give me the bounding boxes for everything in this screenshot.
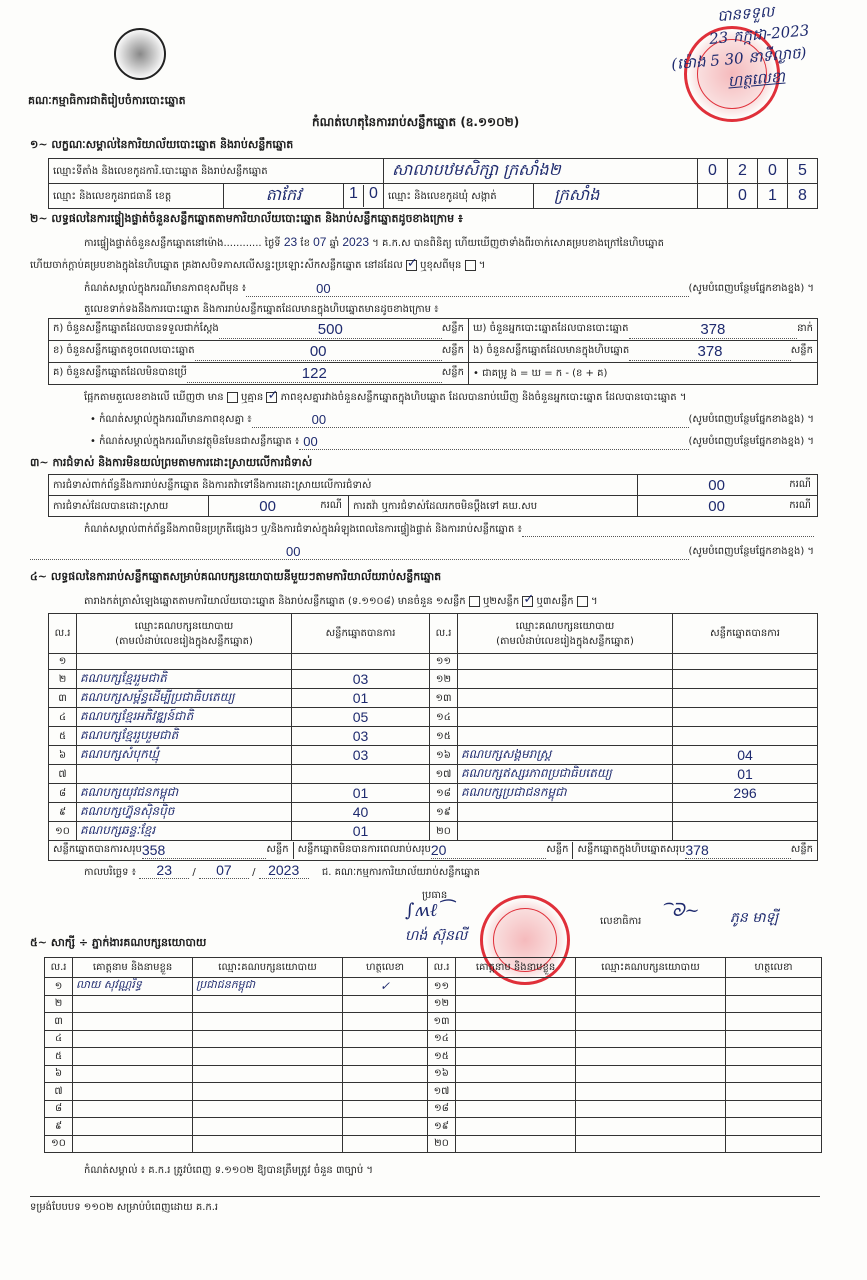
vote-count xyxy=(673,708,818,727)
vote-count: 03 xyxy=(292,746,430,765)
party-name xyxy=(458,689,673,708)
nec-emblem-icon xyxy=(114,28,166,80)
party-name xyxy=(77,765,292,784)
row-number: ៤ xyxy=(45,1030,73,1048)
vote-count: 40 xyxy=(292,803,430,822)
witness-party xyxy=(193,1048,343,1066)
party-name: គណបក្សយុវជនកម្ពុជា xyxy=(77,784,292,803)
row-number: ១ xyxy=(45,978,73,996)
irregularity-note-value: 00 xyxy=(30,544,689,560)
province-code-1: 1 xyxy=(344,185,364,207)
party-name: គណបក្សខ្មែរអភិវឌ្ឍន៍ជាតិ xyxy=(77,708,292,727)
resolved-value: 00 xyxy=(215,498,320,515)
witness-party xyxy=(193,1118,343,1136)
form-title: កំណត់ហេតុនៃការរាប់សន្លឹកឆ្នោត (ឧ.១១០២) xyxy=(312,114,519,132)
vote-count: 01 xyxy=(292,822,430,841)
witness-name xyxy=(73,1065,193,1083)
row-number: ៨ xyxy=(49,784,77,803)
row-number: ៩ xyxy=(45,1118,73,1136)
three-sheets-checkbox[interactable] xyxy=(577,596,588,607)
table-row: ៦គណបក្សសំបុកឃ្មុំ03១៦គណបក្សសង្គមរាស្ត្រ0… xyxy=(49,746,818,765)
witness-signature xyxy=(343,1118,428,1136)
table-row: ៩គណបក្សហ្វ៊ុនស៊ិនប៉ិច40១៩ xyxy=(49,803,818,822)
table-row: ៣១៣ xyxy=(45,1013,822,1031)
party-name: គណបក្សឥស្សរភាពប្រជាធិបតេយ្យ xyxy=(458,765,673,784)
diff-note-value: 00 xyxy=(252,412,689,428)
witness-party xyxy=(193,1013,343,1031)
unused-ballots-value: 122 xyxy=(187,365,442,383)
vote-count: 296 xyxy=(673,784,818,803)
table-row: ៩១៩ xyxy=(45,1118,822,1136)
row-number: ៤ xyxy=(49,708,77,727)
witness-name xyxy=(73,1100,193,1118)
change-note-line: កំណត់សម្គាល់ក្នុងករណីមានភាពខុសពីមុន ៖ 00… xyxy=(84,281,814,297)
witness-name xyxy=(73,1135,193,1153)
witness-name xyxy=(456,1048,576,1066)
row-number: ១៣ xyxy=(430,689,458,708)
witness-signature xyxy=(726,1135,822,1153)
change-note-value: 00 xyxy=(246,281,688,297)
commune-code-3: 8 xyxy=(788,184,818,209)
witness-signature xyxy=(726,978,822,996)
row-number: ១៩ xyxy=(428,1118,456,1136)
witness-party xyxy=(576,1135,726,1153)
witness-signature xyxy=(726,1030,822,1048)
row-number: ១០ xyxy=(49,822,77,841)
vote-count: 05 xyxy=(292,708,430,727)
witness-signature xyxy=(726,1065,822,1083)
row-number: ១៩ xyxy=(430,803,458,822)
party-name xyxy=(458,727,673,746)
resolved-label: ការជំទាស់ដែលបានដោះស្រាយ xyxy=(49,496,209,517)
commune-code-1: 0 xyxy=(728,184,758,209)
witness-party xyxy=(576,1013,726,1031)
row-number: ២ xyxy=(45,995,73,1013)
vote-count xyxy=(292,654,430,670)
vote-count xyxy=(673,689,818,708)
irregularity-note-line: 00 (សូមបំពេញបន្ថែមផ្នែកខាងខ្នង) ។ xyxy=(30,544,814,560)
vote-count: 03 xyxy=(292,670,430,689)
witness-party xyxy=(576,1118,726,1136)
witness-party xyxy=(576,1048,726,1066)
table-row: ៤១៤ xyxy=(45,1030,822,1048)
witness-signature xyxy=(343,995,428,1013)
row-number: ៩ xyxy=(49,803,77,822)
row-number: ២០ xyxy=(430,822,458,841)
row-number: ១៨ xyxy=(430,784,458,803)
table-row: ១លាយ សុវណ្ណរិទ្ធប្រជាជនកម្ពុជា✓១១ xyxy=(45,978,822,996)
table-row: ២គណបក្សខ្មែររួមជាតិ03១២ xyxy=(49,670,818,689)
party-name xyxy=(458,670,673,689)
witness-name xyxy=(456,1030,576,1048)
row-number: ១២ xyxy=(430,670,458,689)
one-sheet-checkbox[interactable] xyxy=(469,596,480,607)
vote-count: 01 xyxy=(673,765,818,784)
witness-name xyxy=(73,1030,193,1048)
ballot-counts-table: ក) ចំនួនសន្លឹកឆ្នោតដែលបានទទួលជាក់ស្ដែង 5… xyxy=(48,318,818,385)
row-number: ១៦ xyxy=(430,746,458,765)
station-value: សាលាបឋមសិក្សា ក្រសាំង២ xyxy=(384,159,698,184)
witness-signature xyxy=(343,1083,428,1101)
objections-table: ការជំទាស់ពាក់ព័ន្ធនឹងការរាប់សន្លឹកឆ្នោត … xyxy=(48,474,818,517)
province-code-2: 0 xyxy=(364,185,383,207)
station-code-3: 0 xyxy=(758,159,788,184)
president-name: ហង់ ស៊ុនលី xyxy=(405,926,467,947)
vote-count: 03 xyxy=(292,727,430,746)
table-row: ៧១៧គណបក្សឥស្សរភាពប្រជាធិបតេយ្យ01 xyxy=(49,765,818,784)
witness-party xyxy=(576,995,726,1013)
witness-party xyxy=(576,978,726,996)
witness-party: ប្រជាជនកម្ពុជា xyxy=(193,978,343,996)
table-row: ៤គណបក្សខ្មែរអភិវឌ្ឍន៍ជាតិ05១៤ xyxy=(49,708,818,727)
vote-count xyxy=(673,822,818,841)
table-row: ៣គណបក្សសម្ព័ន្ធដើម្បីប្រជាធិបតេយ្យ01១៣ xyxy=(49,689,818,708)
ballots-in-box-value: 378 xyxy=(629,343,791,361)
verify-day: 23 xyxy=(284,235,297,249)
different-checkbox[interactable] xyxy=(465,260,476,271)
witness-party xyxy=(576,1083,726,1101)
party-name: គណបក្សសម្ព័ន្ធដើម្បីប្រជាធិបតេយ្យ xyxy=(77,689,292,708)
row-number: ៧ xyxy=(45,1083,73,1101)
witness-name xyxy=(73,1013,193,1031)
witness-signature xyxy=(726,1100,822,1118)
two-sheets-checkbox[interactable] xyxy=(522,596,533,607)
witness-signature xyxy=(726,1118,822,1136)
witness-signature xyxy=(343,1030,428,1048)
party-name xyxy=(458,803,673,822)
president-signature: ∫ʍℓ⁀ xyxy=(405,900,452,921)
table-row: ១១១ xyxy=(49,654,818,670)
witness-signature xyxy=(726,1083,822,1101)
row-number: ១១ xyxy=(430,654,458,670)
witness-name xyxy=(456,1135,576,1153)
objection-label: ការជំទាស់ពាក់ព័ន្ធនឹងការរាប់សន្លឹកឆ្នោត … xyxy=(49,475,638,496)
row-number: ១៤ xyxy=(430,708,458,727)
row-number: ៦ xyxy=(45,1065,73,1083)
province-value: តាកែវ xyxy=(224,184,344,209)
section4-title: ៤~ លទ្ធផលនៃការរាប់សន្លឹកឆ្នោតសម្រាប់គណបក… xyxy=(30,570,441,586)
table-row: ៦១៦ xyxy=(45,1065,822,1083)
party-name: គណបក្សសង្គមរាស្ត្រ xyxy=(458,746,673,765)
province-label: ឈ្មោះ និងលេខកូដរាជធានី ខេត្ត xyxy=(49,184,224,209)
witness-name xyxy=(456,1065,576,1083)
appeal-value: 00 xyxy=(644,498,789,515)
row-number: ១៧ xyxy=(430,765,458,784)
foreign-note-line: • កំណត់សម្គាល់ក្នុងករណីមានវត្ថុមិនមែនជាស… xyxy=(90,434,814,450)
witness-signature xyxy=(343,1135,428,1153)
appeal-label: ការតវ៉ា ឬការជំទាស់ដែលរកចមិនប្ដឹងទៅ គឃ.សប xyxy=(349,496,638,517)
date-year: 2023 xyxy=(259,862,309,879)
witness-party xyxy=(576,1100,726,1118)
witness-signature xyxy=(343,1065,428,1083)
station-info-table: ឈ្មោះទីតាំង និងលេខកូដការិ.បោះឆ្នោត និងរា… xyxy=(48,158,818,209)
party-name xyxy=(77,654,292,670)
foreign-note-value: 00 xyxy=(299,434,688,450)
row-number: ១៣ xyxy=(428,1013,456,1031)
section2-title: ២~ លទ្ធផលនៃការផ្ទៀងផ្ទាត់ចំនួនសន្លឹកឆ្នោ… xyxy=(30,212,463,228)
station-label: ឈ្មោះទីតាំង និងលេខកូដការិ.បោះឆ្នោត និងរា… xyxy=(49,159,384,184)
secretary-signature: ⁀ᘐ~ xyxy=(660,900,700,921)
commune-code-2: 1 xyxy=(758,184,788,209)
station-code-4: 5 xyxy=(788,159,818,184)
witness-party xyxy=(193,1100,343,1118)
witness-party xyxy=(193,1083,343,1101)
witness-name xyxy=(73,1118,193,1136)
witness-signature xyxy=(343,1100,428,1118)
vote-count: 04 xyxy=(673,746,818,765)
tally-sheet-line: តារាងកត់ត្រាសំឡេងឆ្នោតតាមការិយាល័យបោះឆ្ន… xyxy=(84,594,598,609)
party-name: គណបក្សហ្វ៊ុនស៊ិនប៉ិច xyxy=(77,803,292,822)
station-code-1: 0 xyxy=(698,159,728,184)
row-number: ១០ xyxy=(45,1135,73,1153)
verify-month: 07 xyxy=(313,235,326,249)
row-number: ៧ xyxy=(49,765,77,784)
vote-count: 01 xyxy=(292,689,430,708)
row-number: ២០ xyxy=(428,1135,456,1153)
witness-signature xyxy=(343,1048,428,1066)
row-number: ១២ xyxy=(428,995,456,1013)
party-results-table: ល.រ ឈ្មោះគណបក្សនយោបាយ(តាមលំដាប់លេខរៀងក្ន… xyxy=(48,613,818,861)
vote-count xyxy=(673,803,818,822)
witness-party xyxy=(193,995,343,1013)
witness-name xyxy=(73,1048,193,1066)
witness-table: ល.រ គោត្តនាម និងនាមខ្លួន ឈ្មោះគណបក្សនយោប… xyxy=(44,957,822,1153)
row-number: ២ xyxy=(49,670,77,689)
row-number: ៣ xyxy=(49,689,77,708)
row-number: ១៨ xyxy=(428,1100,456,1118)
vote-count xyxy=(292,765,430,784)
counts-intro: តួលេខទាក់ទងនឹងការបោះឆ្នោត និងការរាប់សន្ល… xyxy=(84,302,439,317)
row-number: ១៧ xyxy=(428,1083,456,1101)
table-row: ៨១៨ xyxy=(45,1100,822,1118)
section5-title: ៥~ សាក្សី ÷ ភ្នាក់ងារគណបក្សនយោបាយ xyxy=(30,936,206,952)
party-name: គណបក្សប្រជាជនកម្ពុជា xyxy=(458,784,673,803)
verify-line-2: ហើយចាក់ក្ដាប់គម្របខាងក្នុងនៃហិបឆ្នោត គ្រ… xyxy=(30,258,485,273)
verify-line-1: ការផ្ទៀងផ្ទាត់ចំនួនសន្លឹកឆ្នោតនៅម៉ោង....… xyxy=(84,235,664,251)
date-line: កាលបរិច្ឆេទ ៖ 23 / 07 / 2023 ជ. គណៈកម្មក… xyxy=(84,862,480,880)
diff-note-line: • កំណត់សម្គាល់ក្នុងករណីមានភាពខុសគ្នា ៖ 0… xyxy=(90,412,814,428)
row-number: ១៥ xyxy=(430,727,458,746)
date-month: 07 xyxy=(199,862,249,879)
invalid-total: 20 xyxy=(431,842,546,859)
witness-party xyxy=(576,1030,726,1048)
row-number: ៨ xyxy=(45,1100,73,1118)
no-discrepancy-checkbox[interactable] xyxy=(266,392,277,403)
section3-title: ៣~ ការជំទាស់ និងការមិនយល់ព្រមតាមការដោះស្… xyxy=(30,456,312,472)
witness-signature xyxy=(343,1013,428,1031)
received-ballots-value: 500 xyxy=(219,321,442,339)
witness-name xyxy=(456,1013,576,1031)
objection-value: 00 xyxy=(644,477,789,494)
party-name xyxy=(458,822,673,841)
witness-signature xyxy=(726,1013,822,1031)
table-row: ៥គណបក្សខ្មែររួបរួមជាតិ03១៥ xyxy=(49,727,818,746)
table-row: ៧១៧ xyxy=(45,1083,822,1101)
vote-count: 01 xyxy=(292,784,430,803)
witness-name xyxy=(73,995,193,1013)
same-checkbox[interactable] xyxy=(406,260,417,271)
witness-name xyxy=(456,995,576,1013)
footer-form-note: ទម្រង់បែបបទ ១១០២ សម្រាប់បំពេញដោយ គ.ក.រ xyxy=(30,1200,218,1215)
secretary-label: លេខាធិការ xyxy=(600,914,641,929)
party-name: គណបក្សឆន្ទៈខ្មែរ xyxy=(77,822,292,841)
row-number: ៥ xyxy=(49,727,77,746)
witness-name: លាយ សុវណ្ណរិទ្ធ xyxy=(73,978,193,996)
vote-count xyxy=(673,670,818,689)
valid-total: 358 xyxy=(142,842,266,859)
party-name xyxy=(458,654,673,670)
row-number: ១៤ xyxy=(428,1030,456,1048)
party-name: គណបក្សសំបុកឃ្មុំ xyxy=(77,746,292,765)
formula: • ជាគម្រូ ង = ឃ = ក - (ខ + គ) xyxy=(469,363,818,385)
party-name xyxy=(458,708,673,727)
witness-party xyxy=(193,1135,343,1153)
spoiled-ballots-value: 00 xyxy=(195,343,442,361)
party-name: គណបក្សខ្មែររួបរួមជាតិ xyxy=(77,727,292,746)
row-number: ១ xyxy=(49,654,77,670)
row-number: ១៥ xyxy=(428,1048,456,1066)
witness-name xyxy=(456,1118,576,1136)
voters-value: 378 xyxy=(629,321,798,339)
witness-signature xyxy=(726,995,822,1013)
row-number: ១៦ xyxy=(428,1065,456,1083)
box-total: 378 xyxy=(685,842,790,859)
irregularity-note-label: កំណត់សម្គាល់ពាក់ព័ន្ធនឹងភាពមិនប្រក្រតីផ្… xyxy=(84,522,814,537)
vote-count xyxy=(673,654,818,670)
witness-party xyxy=(576,1065,726,1083)
commune-label: ឈ្មោះ និងលេខកូដឃុំ សង្កាត់ xyxy=(384,184,534,209)
witness-name xyxy=(456,1100,576,1118)
witness-name xyxy=(456,978,576,996)
commune-value: ក្រសាំង xyxy=(534,184,698,209)
section1-title: ១~ លក្ខណៈសម្គាល់នៃការិយាល័យបោះឆ្នោត និងរ… xyxy=(30,138,293,154)
row-number: ៣ xyxy=(45,1013,73,1031)
witness-party xyxy=(193,1030,343,1048)
has-discrepancy-checkbox[interactable] xyxy=(227,392,238,403)
witness-name xyxy=(73,1083,193,1101)
table-row: ១០២០ xyxy=(45,1135,822,1153)
witness-footnote: កំណត់សម្គាល់ ៖ គ.ក.រ ត្រូវបំពេញ ទ.១១០២ ឱ… xyxy=(84,1163,373,1178)
table-row: ១០គណបក្សឆន្ទៈខ្មែរ01២០ xyxy=(49,822,818,841)
row-number: ៥ xyxy=(45,1048,73,1066)
receipt-note: បានទទួល 23 កក្កដា-2023 (ម៉ោង 5 30 នាទីល្… xyxy=(696,0,814,95)
witness-signature xyxy=(726,1048,822,1066)
verify-year: 2023 xyxy=(342,235,369,249)
row-number: ៦ xyxy=(49,746,77,765)
table-row: ៥១៥ xyxy=(45,1048,822,1066)
station-code-2: 2 xyxy=(728,159,758,184)
discrepancy-line: ផ្អែកតាមតួលេខខាងលើ ឃើញថា មាន ឬគ្មាន ភាពខ… xyxy=(84,390,686,405)
witness-name xyxy=(456,1083,576,1101)
witness-party xyxy=(193,1065,343,1083)
table-row: ៨គណបក្សយុវជនកម្ពុជា01១៨គណបក្សប្រជាជនកម្ព… xyxy=(49,784,818,803)
row-number: ១១ xyxy=(428,978,456,996)
party-name: គណបក្សខ្មែររួមជាតិ xyxy=(77,670,292,689)
vote-count xyxy=(673,727,818,746)
secretary-name: ភូន មាឡី xyxy=(730,908,778,929)
witness-signature: ✓ xyxy=(343,978,428,996)
footer-divider xyxy=(30,1196,820,1197)
committee-name: គណៈកម្មាធិការជាតិរៀបចំការបោះឆ្នោត xyxy=(28,94,186,110)
date-day: 23 xyxy=(139,862,189,879)
table-row: ២១២ xyxy=(45,995,822,1013)
